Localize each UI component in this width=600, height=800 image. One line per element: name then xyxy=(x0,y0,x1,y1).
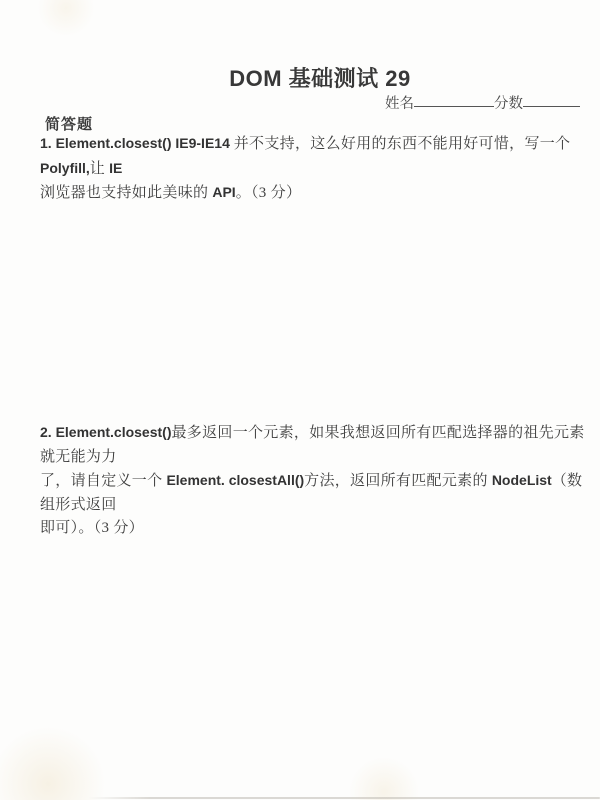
section-heading: 简答题 xyxy=(45,113,93,134)
question-1: 1. Element.closest() IE9-IE14 并不支持，这么好用的… xyxy=(40,132,590,206)
text-segment: Polyfill, xyxy=(40,160,90,176)
text-segment: 1. Element.closest() IE9-IE14 xyxy=(40,135,234,151)
question-1-line-2: 浏览器也支持如此美味的 API。（3 分） xyxy=(40,181,590,206)
text-segment: Element. closestAll() xyxy=(166,472,304,488)
question-1-line-1: 1. Element.closest() IE9-IE14 并不支持，这么好用的… xyxy=(40,132,590,181)
paper-bottom-edge xyxy=(88,797,600,799)
question-2-line-2: 了，请自定义一个 Element. closestAll()方法，返回所有匹配元… xyxy=(40,469,590,517)
page-title: DOM 基础测试 29 xyxy=(40,62,600,93)
text-segment: 并不支持，这么好用的东西不能用好可惜，写一个 xyxy=(234,136,571,152)
text-segment: 让 xyxy=(90,161,109,177)
score-blank-line xyxy=(523,92,580,107)
question-2-line-1: 2. Element.closest()最多返回一个元素，如果我想返回所有匹配选… xyxy=(40,421,590,469)
text-segment: 2. Element.closest() xyxy=(40,424,172,440)
question-2-line-3: 即可）。（3 分） xyxy=(40,517,590,541)
text-segment: IE xyxy=(109,160,122,176)
text-segment: 即可）。（3 分） xyxy=(40,520,144,536)
text-segment: 浏览器也支持如此美味的 xyxy=(40,185,212,201)
text-segment: 。（3 分） xyxy=(236,185,302,201)
name-label: 姓名 xyxy=(385,96,414,112)
question-2: 2. Element.closest()最多返回一个元素，如果我想返回所有匹配选… xyxy=(40,421,590,541)
text-segment: 了，请自定义一个 xyxy=(40,473,166,489)
score-label: 分数 xyxy=(494,96,523,112)
name-score-row: 姓名分数 xyxy=(385,92,580,113)
text-segment: NodeList xyxy=(492,472,552,488)
text-segment: 方法，返回所有匹配元素的 xyxy=(304,473,492,489)
text-segment: API xyxy=(212,184,235,200)
name-blank-line xyxy=(414,92,494,107)
